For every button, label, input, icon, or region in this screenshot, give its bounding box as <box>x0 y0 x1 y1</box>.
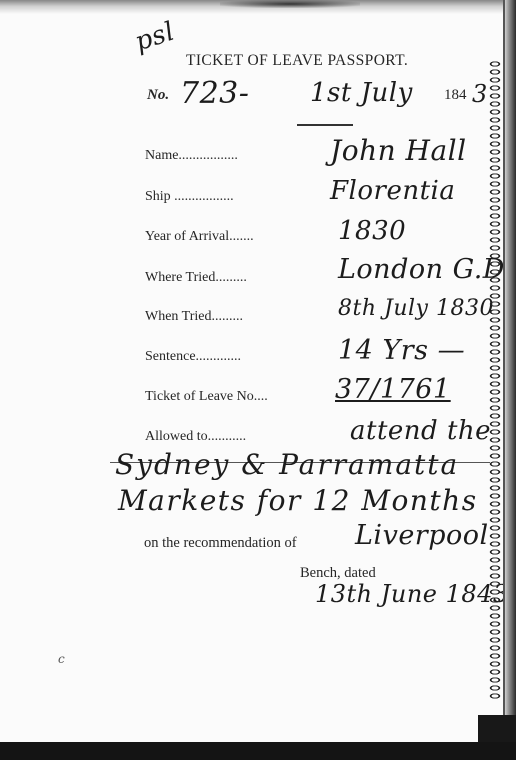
spiral-binding <box>486 60 504 700</box>
bench-date: 13th June 1843 <box>315 580 505 608</box>
field-label-allowed-to: Allowed to........... <box>145 429 246 445</box>
field-value-sentence: 14 Yrs — <box>338 335 465 366</box>
allowed-continued-line-1: Sydney & Parramatta <box>115 448 459 481</box>
scan-smudge <box>220 0 360 8</box>
document-title: TICKET OF LEAVE PASSPORT. <box>186 52 408 70</box>
field-value-name: John Hall <box>330 134 467 167</box>
field-value-year-of-arrival: 1830 <box>338 216 406 246</box>
number-value: 723- <box>180 76 249 111</box>
allowed-continued-line-2: Markets for 12 Months <box>118 484 478 517</box>
page-edge-shadow <box>505 0 516 760</box>
recommendation-label: on the recommendation of <box>144 535 297 552</box>
stray-mark: c <box>58 652 65 666</box>
field-value-ticket-of-leave-no: 37/1761 <box>335 374 451 405</box>
issue-date: 1st July <box>310 78 413 108</box>
field-label-year-of-arrival: Year of Arrival....... <box>145 229 254 245</box>
corner-shadow <box>478 715 516 745</box>
corner-annotation: psl <box>131 17 178 58</box>
recommendation-value: Liverpool <box>355 520 489 551</box>
scan-border-bottom <box>0 742 516 760</box>
field-label-when-tried: When Tried......... <box>145 309 243 325</box>
number-label: No. <box>147 87 169 104</box>
field-value-ship: Florentia <box>330 176 455 206</box>
field-value-allowed-to: attend the <box>350 416 491 446</box>
field-value-when-tried: 8th July 1830 <box>338 296 494 321</box>
field-value-where-tried: London G.D. <box>338 254 505 285</box>
field-label-where-tried: Where Tried......... <box>145 270 247 286</box>
document-page: psl TICKET OF LEAVE PASSPORT. No. 723- 1… <box>0 0 505 742</box>
title-rule <box>297 124 353 126</box>
field-label-ticket-of-leave-no: Ticket of Leave No.... <box>145 389 268 405</box>
field-label-sentence: Sentence............. <box>145 349 241 365</box>
field-label-ship: Ship ................. <box>145 189 234 205</box>
year-printed: 184 <box>444 87 467 104</box>
field-label-name: Name................. <box>145 148 238 164</box>
